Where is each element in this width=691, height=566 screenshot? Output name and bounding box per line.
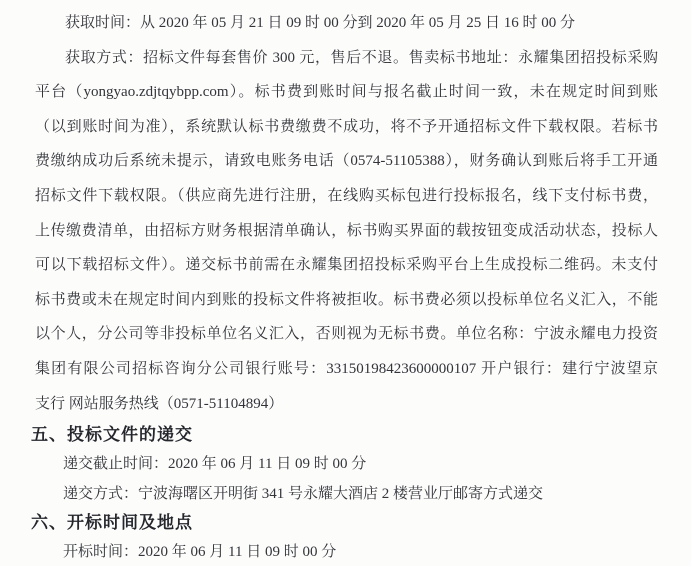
- acquisition-method-line: 获取方式：招标文件每套售价 300 元，售后不退。售卖标书地址：永耀集团招投标采…: [35, 41, 658, 76]
- service-hotline-line: 支行 网站服务热线（0571-51104894）: [35, 387, 658, 422]
- section6-heading: 六、开标时间及地点: [31, 509, 658, 537]
- paragraph-line: 以个人，分公司等非投标单位名义汇入，否则视为无标书费。单位名称：宁波永耀电力投资: [35, 317, 658, 352]
- acquisition-paragraph: 获取时间：从 2020 年 05 月 21 日 09 时 00 分到 2020 …: [35, 6, 658, 421]
- paragraph-line: 标书费或未在规定时间内到账的投标文件将被拒收。标书费必须以投标单位名义汇入，不能: [35, 283, 658, 318]
- paragraph-line: 费缴纳成功后系统未提示，请致电账务电话（0574-51105388），财务确认到…: [35, 144, 658, 179]
- submission-method-line: 递交方式：宁波海曙区开明街 341 号永耀大酒店 2 楼营业厅邮寄方式递交: [35, 479, 658, 509]
- paragraph-line: 平台（yongyao.zdjtqybpp.com）。标书费到账时间与报名截止时间…: [35, 75, 658, 110]
- paragraph-line: （以到账时间为准），系统默认标书费缴费不成功，将不予开通招标文件下载权限。若标书: [35, 110, 658, 145]
- bid-opening-time-line: 开标时间：2020 年 06 月 11 日 09 时 00 分: [35, 537, 658, 566]
- bank-account-line: 集团有限公司招标咨询分公司银行账号：33150198423600000107 开…: [35, 352, 658, 387]
- acquisition-time-line: 获取时间：从 2020 年 05 月 21 日 09 时 00 分到 2020 …: [35, 6, 658, 41]
- section6-body: 开标时间：2020 年 06 月 11 日 09 时 00 分: [35, 537, 658, 566]
- paragraph-line: 招标文件下载权限。（供应商先进行注册，在线购买标包进行投标报名，线下支付标书费，: [35, 179, 658, 214]
- document-page: 获取时间：从 2020 年 05 月 21 日 09 时 00 分到 2020 …: [0, 0, 691, 566]
- section5-body: 递交截止时间：2020 年 06 月 11 日 09 时 00 分 递交方式：宁…: [35, 449, 658, 509]
- paragraph-line: 可以下载招标文件）。递交标书前需在永耀集团招投标采购平台上生成投标二维码。未支付: [35, 248, 658, 283]
- submission-deadline-line: 递交截止时间：2020 年 06 月 11 日 09 时 00 分: [35, 449, 658, 479]
- paragraph-line: 上传缴费清单，由招标方财务根据清单确认，标书购买界面的载按钮变成活动状态，投标人: [35, 214, 658, 249]
- section5-heading: 五、投标文件的递交: [31, 421, 658, 449]
